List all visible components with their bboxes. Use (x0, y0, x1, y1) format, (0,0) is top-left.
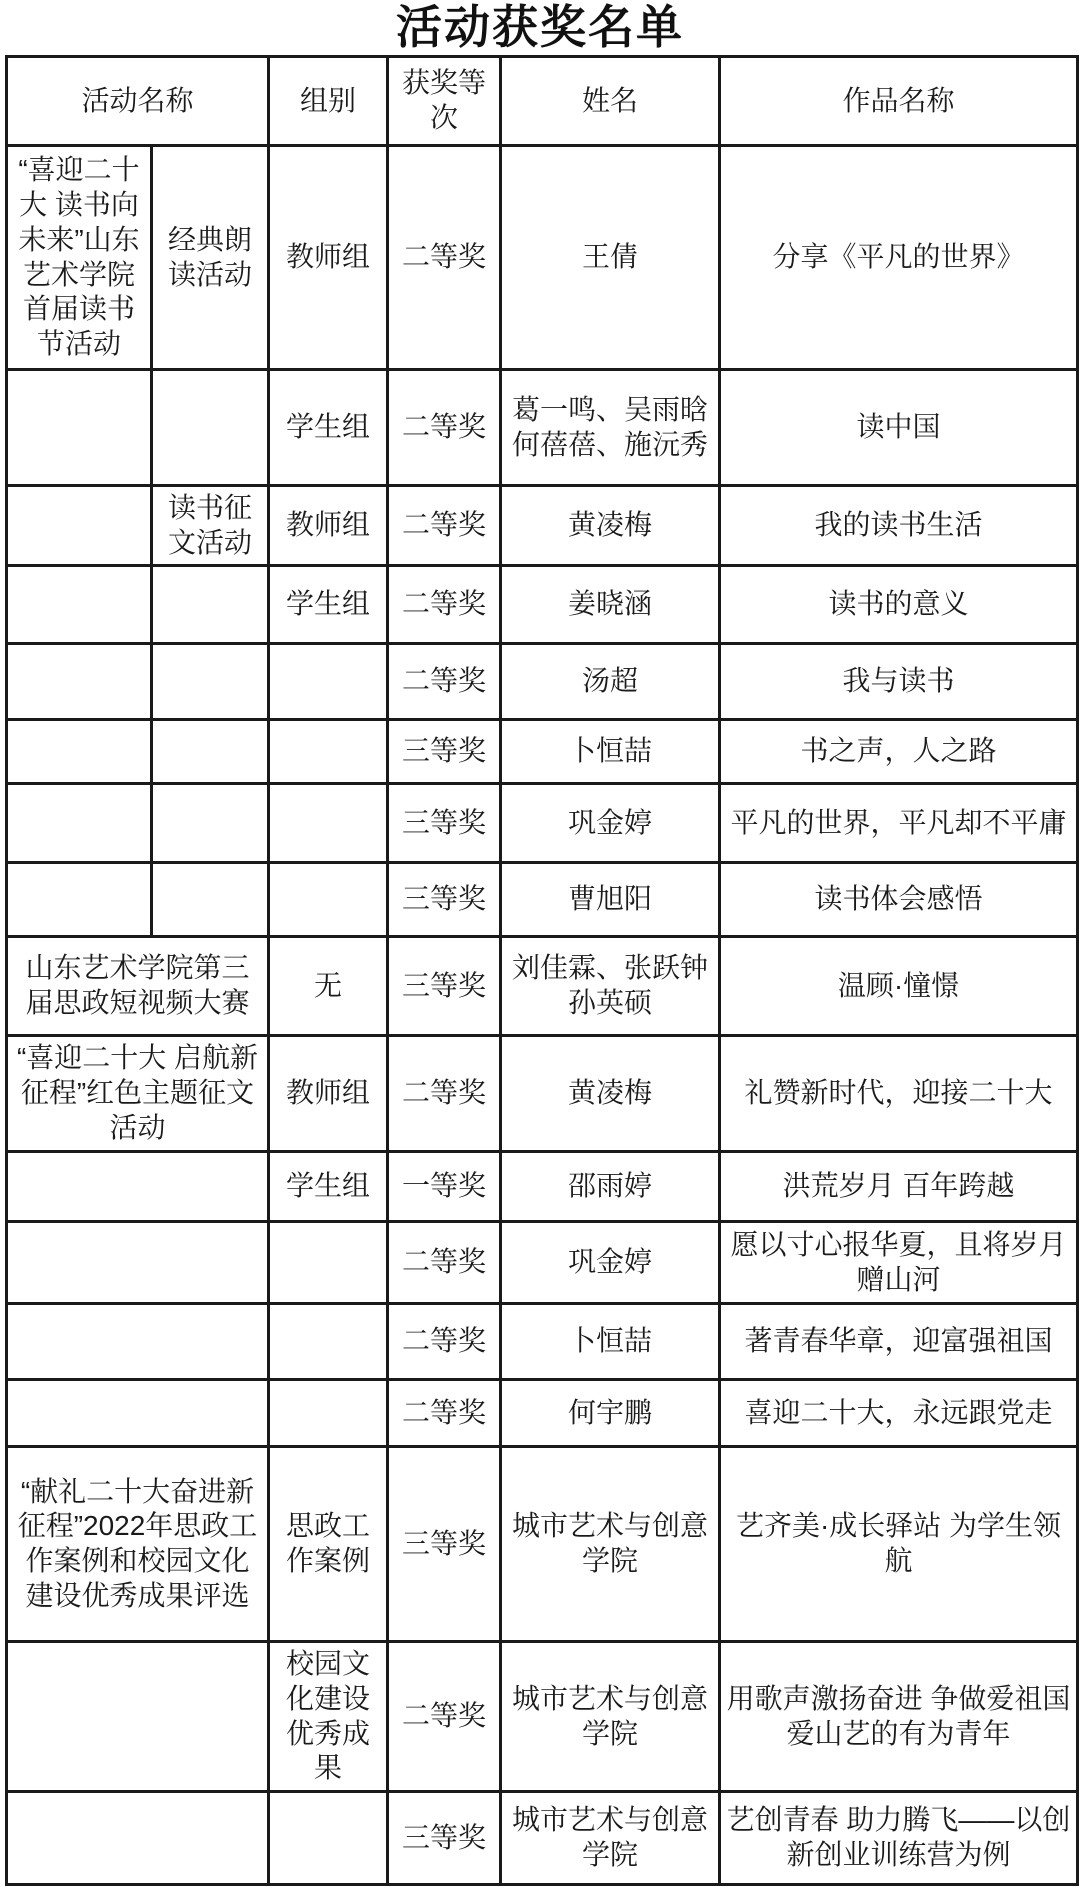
header-row: 活动名称组别获奖等次姓名作品名称 (7, 57, 1078, 146)
page-title: 活动获奖名单 (0, 0, 1080, 55)
table-row: 三等奖曹旭阳读书体会感悟 (7, 863, 1078, 937)
table-row: 读书征文活动教师组二等奖黄凌梅我的读书生活 (7, 486, 1078, 566)
table-cell: 二等奖 (388, 1036, 501, 1152)
table-cell: 洪荒岁月 百年跨越 (720, 1152, 1078, 1222)
table-row: “献礼二十大奋进新征程”2022年思政工作案例和校园文化建设优秀成果评选思政工作… (7, 1447, 1078, 1642)
table-cell: 艺创青春 助力腾飞——以创新创业训练营为例 (720, 1792, 1078, 1885)
table-cell: 刘佳霖、张跃钟孙英硕 (501, 937, 720, 1036)
awards-table: 活动名称组别获奖等次姓名作品名称“喜迎二十大 读书向未来”山东艺术学院首届读书节… (5, 55, 1079, 1886)
table-cell: 邵雨婷 (501, 1152, 720, 1222)
table-cell: 学生组 (269, 370, 388, 486)
table-cell: 书之声，人之路 (720, 720, 1078, 784)
table-cell (7, 863, 152, 937)
table-cell (7, 1222, 269, 1304)
table-cell: 读中国 (720, 370, 1078, 486)
table-cell: 巩金婷 (501, 784, 720, 863)
table-cell: 二等奖 (388, 644, 501, 720)
table-cell: 喜迎二十大，永远跟党走 (720, 1380, 1078, 1447)
table-cell (7, 566, 152, 644)
table-cell: 城市艺术与创意学院 (501, 1447, 720, 1642)
table-cell: 葛一鸣、吴雨晗何蓓蓓、施沅秀 (501, 370, 720, 486)
table-row: 二等奖巩金婷愿以寸心报华夏，且将岁月赠山河 (7, 1222, 1078, 1304)
table-cell: 读书的意义 (720, 566, 1078, 644)
table-cell: 用歌声激扬奋进 争做爱祖国爱山艺的有为青年 (720, 1642, 1078, 1792)
table-cell: 教师组 (269, 1036, 388, 1152)
table-cell: 愿以寸心报华夏，且将岁月赠山河 (720, 1222, 1078, 1304)
award-list-page: 活动获奖名单 活动名称组别获奖等次姓名作品名称“喜迎二十大 读书向未来”山东艺术… (0, 0, 1080, 1886)
table-cell: 山东艺术学院第三届思政短视频大赛 (7, 937, 269, 1036)
table-cell: 三等奖 (388, 863, 501, 937)
table-row: 学生组二等奖姜晓涵读书的意义 (7, 566, 1078, 644)
table-cell (7, 1304, 269, 1380)
table-cell: 艺齐美·成长驿站 为学生领航 (720, 1447, 1078, 1642)
table-cell: 读书征文活动 (152, 486, 269, 566)
table-row: 二等奖卜恒喆著青春华章，迎富强祖国 (7, 1304, 1078, 1380)
table-cell (269, 1792, 388, 1885)
column-header: 组别 (269, 57, 388, 146)
table-cell: 何宇鹏 (501, 1380, 720, 1447)
table-cell: 读书体会感悟 (720, 863, 1078, 937)
table-cell: 二等奖 (388, 1642, 501, 1792)
table-cell: “献礼二十大奋进新征程”2022年思政工作案例和校园文化建设优秀成果评选 (7, 1447, 269, 1642)
table-cell: 城市艺术与创意学院 (501, 1792, 720, 1885)
table-cell: 学生组 (269, 566, 388, 644)
table-cell: 巩金婷 (501, 1222, 720, 1304)
table-cell (269, 644, 388, 720)
table-cell: 二等奖 (388, 370, 501, 486)
table-cell (7, 1380, 269, 1447)
table-cell: “喜迎二十大 读书向未来”山东艺术学院首届读书节活动 (7, 146, 152, 370)
table-cell (152, 863, 269, 937)
table-cell (269, 1380, 388, 1447)
table-cell: 学生组 (269, 1152, 388, 1222)
table-cell: 无 (269, 937, 388, 1036)
table-cell (7, 1642, 269, 1792)
table-cell: 二等奖 (388, 1222, 501, 1304)
table-cell (269, 1304, 388, 1380)
table-cell (7, 784, 152, 863)
table-cell (152, 566, 269, 644)
table-cell: 礼赞新时代，迎接二十大 (720, 1036, 1078, 1152)
table-cell (152, 784, 269, 863)
table-cell (7, 1792, 269, 1885)
table-row: 校园文化建设优秀成果二等奖城市艺术与创意学院用歌声激扬奋进 争做爱祖国爱山艺的有… (7, 1642, 1078, 1792)
table-cell: 卜恒喆 (501, 1304, 720, 1380)
table-row: “喜迎二十大 读书向未来”山东艺术学院首届读书节活动经典朗读活动教师组二等奖王倩… (7, 146, 1078, 370)
table-cell: 二等奖 (388, 1304, 501, 1380)
table-cell: 平凡的世界，平凡却不平庸 (720, 784, 1078, 863)
table-cell: 黄凌梅 (501, 486, 720, 566)
table-row: “喜迎二十大 启航新征程”红色主题征文活动教师组二等奖黄凌梅礼赞新时代，迎接二十… (7, 1036, 1078, 1152)
table-cell: 城市艺术与创意学院 (501, 1642, 720, 1792)
table-cell: 教师组 (269, 146, 388, 370)
table-row: 学生组一等奖邵雨婷洪荒岁月 百年跨越 (7, 1152, 1078, 1222)
table-cell: 二等奖 (388, 486, 501, 566)
table-cell: 校园文化建设优秀成果 (269, 1642, 388, 1792)
table-row: 三等奖城市艺术与创意学院艺创青春 助力腾飞——以创新创业训练营为例 (7, 1792, 1078, 1885)
table-row: 二等奖汤超我与读书 (7, 644, 1078, 720)
table-cell (7, 720, 152, 784)
table-cell: 三等奖 (388, 784, 501, 863)
table-row: 三等奖卜恒喆书之声，人之路 (7, 720, 1078, 784)
column-header: 作品名称 (720, 57, 1078, 146)
table-cell (7, 1152, 269, 1222)
table-cell: 二等奖 (388, 566, 501, 644)
table-cell: 分享《平凡的世界》 (720, 146, 1078, 370)
table-cell: 汤超 (501, 644, 720, 720)
table-row: 二等奖何宇鹏喜迎二十大，永远跟党走 (7, 1380, 1078, 1447)
table-cell: 三等奖 (388, 1792, 501, 1885)
table-cell: 二等奖 (388, 146, 501, 370)
table-cell: 三等奖 (388, 1447, 501, 1642)
table-cell: 教师组 (269, 486, 388, 566)
table-cell (269, 1222, 388, 1304)
table-cell (152, 720, 269, 784)
table-cell: 三等奖 (388, 937, 501, 1036)
table-cell (269, 863, 388, 937)
table-cell (269, 784, 388, 863)
table-cell: 著青春华章，迎富强祖国 (720, 1304, 1078, 1380)
column-header: 获奖等次 (388, 57, 501, 146)
table-cell (152, 370, 269, 486)
table-cell: 姜晓涵 (501, 566, 720, 644)
column-header: 活动名称 (7, 57, 269, 146)
table-cell: 黄凌梅 (501, 1036, 720, 1152)
table-row: 三等奖巩金婷平凡的世界，平凡却不平庸 (7, 784, 1078, 863)
table-cell: 经典朗读活动 (152, 146, 269, 370)
table-body: 活动名称组别获奖等次姓名作品名称“喜迎二十大 读书向未来”山东艺术学院首届读书节… (7, 57, 1078, 1885)
table-cell: 我的读书生活 (720, 486, 1078, 566)
table-cell (7, 486, 152, 566)
table-row: 山东艺术学院第三届思政短视频大赛无三等奖刘佳霖、张跃钟孙英硕温顾·憧憬 (7, 937, 1078, 1036)
table-cell (7, 370, 152, 486)
table-cell: 一等奖 (388, 1152, 501, 1222)
column-header: 姓名 (501, 57, 720, 146)
table-cell: 思政工作案例 (269, 1447, 388, 1642)
table-cell (269, 720, 388, 784)
table-cell: 我与读书 (720, 644, 1078, 720)
table-cell: 三等奖 (388, 720, 501, 784)
table-cell (152, 644, 269, 720)
table-cell: 王倩 (501, 146, 720, 370)
table-cell: 卜恒喆 (501, 720, 720, 784)
table-cell: 曹旭阳 (501, 863, 720, 937)
table-cell (7, 644, 152, 720)
table-cell: “喜迎二十大 启航新征程”红色主题征文活动 (7, 1036, 269, 1152)
table-cell: 二等奖 (388, 1380, 501, 1447)
table-cell: 温顾·憧憬 (720, 937, 1078, 1036)
table-row: 学生组二等奖葛一鸣、吴雨晗何蓓蓓、施沅秀读中国 (7, 370, 1078, 486)
